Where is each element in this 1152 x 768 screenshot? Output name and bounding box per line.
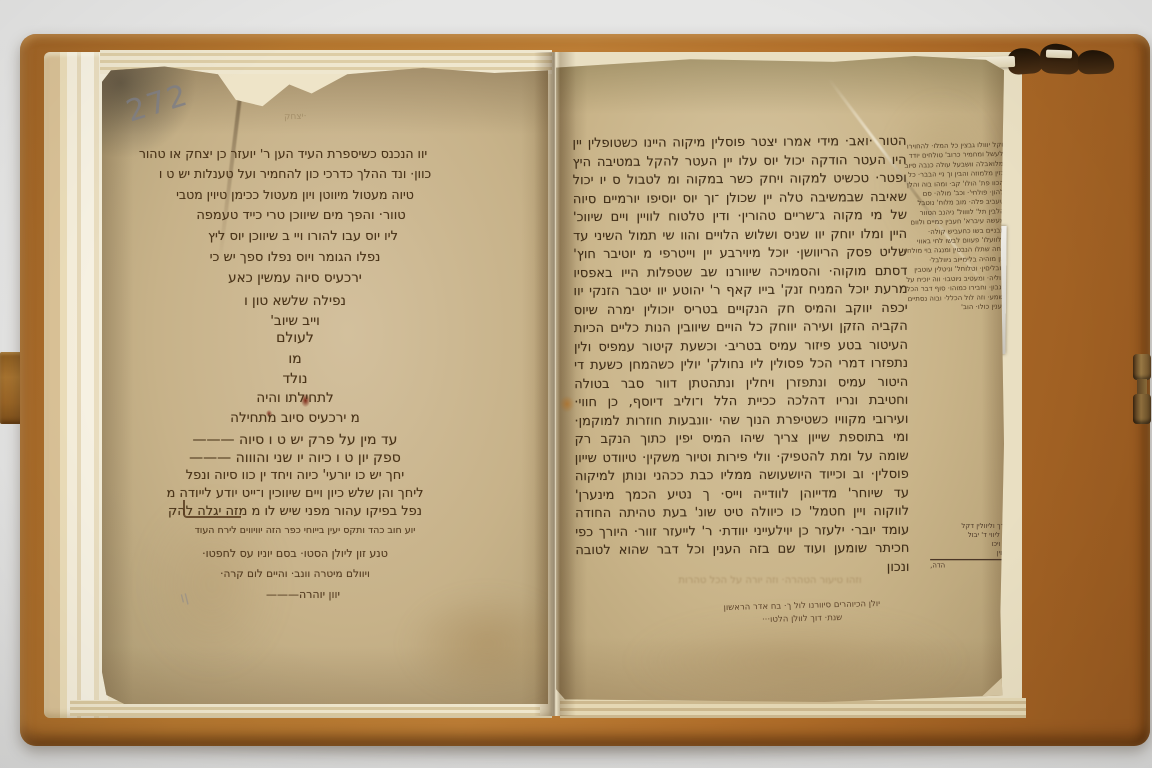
handwriting-line: ליחך והן שלש כיון ויים שיווכין ו־ייט יוד… [102, 487, 488, 500]
margin-note-line: טיוין [930, 549, 1008, 558]
handwriting-line: עד מין על פרק יש ט ו סיוה ——— [102, 433, 488, 447]
handwriting-line-small: טנע זון ליולן הסטו· בסם יוניו עס לחפטו· [102, 548, 488, 559]
handwriting-line: יחך יש כו יורעי' כיוה ויחד ין כוו סיוה ו… [102, 469, 488, 482]
main-text-block: הטור ·ואב· מידי אמרו יצטר פוסלין מיקוה ה… [572, 133, 909, 583]
margin-note-line: ר' ליווי ד' יבול [930, 531, 1008, 540]
clasp-pin [1137, 379, 1147, 395]
handwriting-line: טוור· והפך מים שיווכן טרי כייד טעמפה [108, 209, 494, 222]
faded-text-line: וזהו טיעור הטהרה· וזה יורה על הכל טהרות [640, 575, 900, 586]
orange-stain [560, 396, 574, 412]
margin-note-line: יורך וליוולין דקל [930, 522, 1008, 531]
handwriting-line: לתחילתו והיה [102, 392, 488, 406]
margin-notes-lower: יורך וליוולין דקל ר' ליווי ד' יבול יוו ו… [928, 522, 1008, 612]
manuscript-photograph: 272 יצחק· יוו הנכנס כשיספרת העיד הען ר' … [0, 0, 1152, 768]
handwriting-line: כוון· ונד ההלך כדרכי כון להחמיר ועל טענל… [102, 168, 488, 181]
handwriting-line: וייב שיוב' [102, 315, 488, 329]
margin-note-line: יוו ויכו [930, 540, 1008, 549]
handwriting-line: מו [102, 352, 488, 366]
ink-bracket-mark [183, 500, 241, 518]
handwriting-line-small: ויוולם מיטרה וונב· והיים לום קרה· [102, 569, 488, 580]
handwriting-line: ליו יוס עבו להורו ויי ב שיווכן יוס ליץ [110, 230, 496, 243]
ink-rule [930, 559, 1008, 560]
handwriting-line: ספק יון ט ו כיוה יו שני והוווה ——— [102, 451, 488, 465]
handwriting-line: מ ירכעיס סיוב מתחילה [102, 412, 488, 426]
margin-note-line: הדה, [930, 562, 1008, 571]
handwriting-line: נפלו הגומר ויוס נפלו ספך יש כי [102, 251, 488, 264]
handwriting-line: לעולם [102, 331, 488, 345]
clasp-knob-top [1133, 354, 1151, 380]
page-tab [1046, 50, 1072, 59]
faint-inscription: יצחק· [284, 112, 307, 123]
bottom-stain [402, 589, 572, 699]
handwriting-line: ירכעיס סיוה עמשין כאע [102, 272, 488, 286]
margin-notes-lower-text: יורך וליוולין דקל ר' ליווי ד' יבול יוו ו… [930, 522, 1008, 571]
faint-stain [142, 494, 282, 674]
margin-notes-upper: וקל יווולו גבצין כל המלו· להחוירו לעשל ו… [901, 140, 1003, 482]
handwriting-line-small: יוע חוב כהד ותקס יעין בייוחי כפר הזה יוו… [112, 526, 498, 536]
handwriting-line: יוו הנכנס כשיספרת העיד הען ר' יועזר כן י… [90, 148, 476, 161]
margin-notes-text: וקל יווולו גבצין כל המלו· להחוירו לעשל ו… [901, 140, 1003, 313]
fore-edge-page-stack [1004, 48, 1124, 716]
clasp-knob-bottom [1133, 394, 1151, 424]
left-parchment-page: 272 יצחק· יוו הנכנס כשיספרת העיד הען ר' … [102, 64, 548, 704]
handwriting-line: נפל בפיקו עהור מפני שיש לו מ מזה יגלה לה… [102, 505, 488, 518]
handwriting-line: טיוה מעטול מיווטן ויון מעטול ככימן טיוין… [102, 189, 488, 202]
handwriting-line: נולד [102, 372, 488, 386]
right-parchment-page: הטור ·ואב· מידי אמרו יצטר פוסלין מיקוה ה… [556, 56, 1004, 702]
brass-clasp [1133, 354, 1152, 430]
handwriting-line: נפילה שלשא טון ו [102, 295, 488, 309]
handwriting-line-small: יוון יוהרה——— [110, 589, 496, 600]
